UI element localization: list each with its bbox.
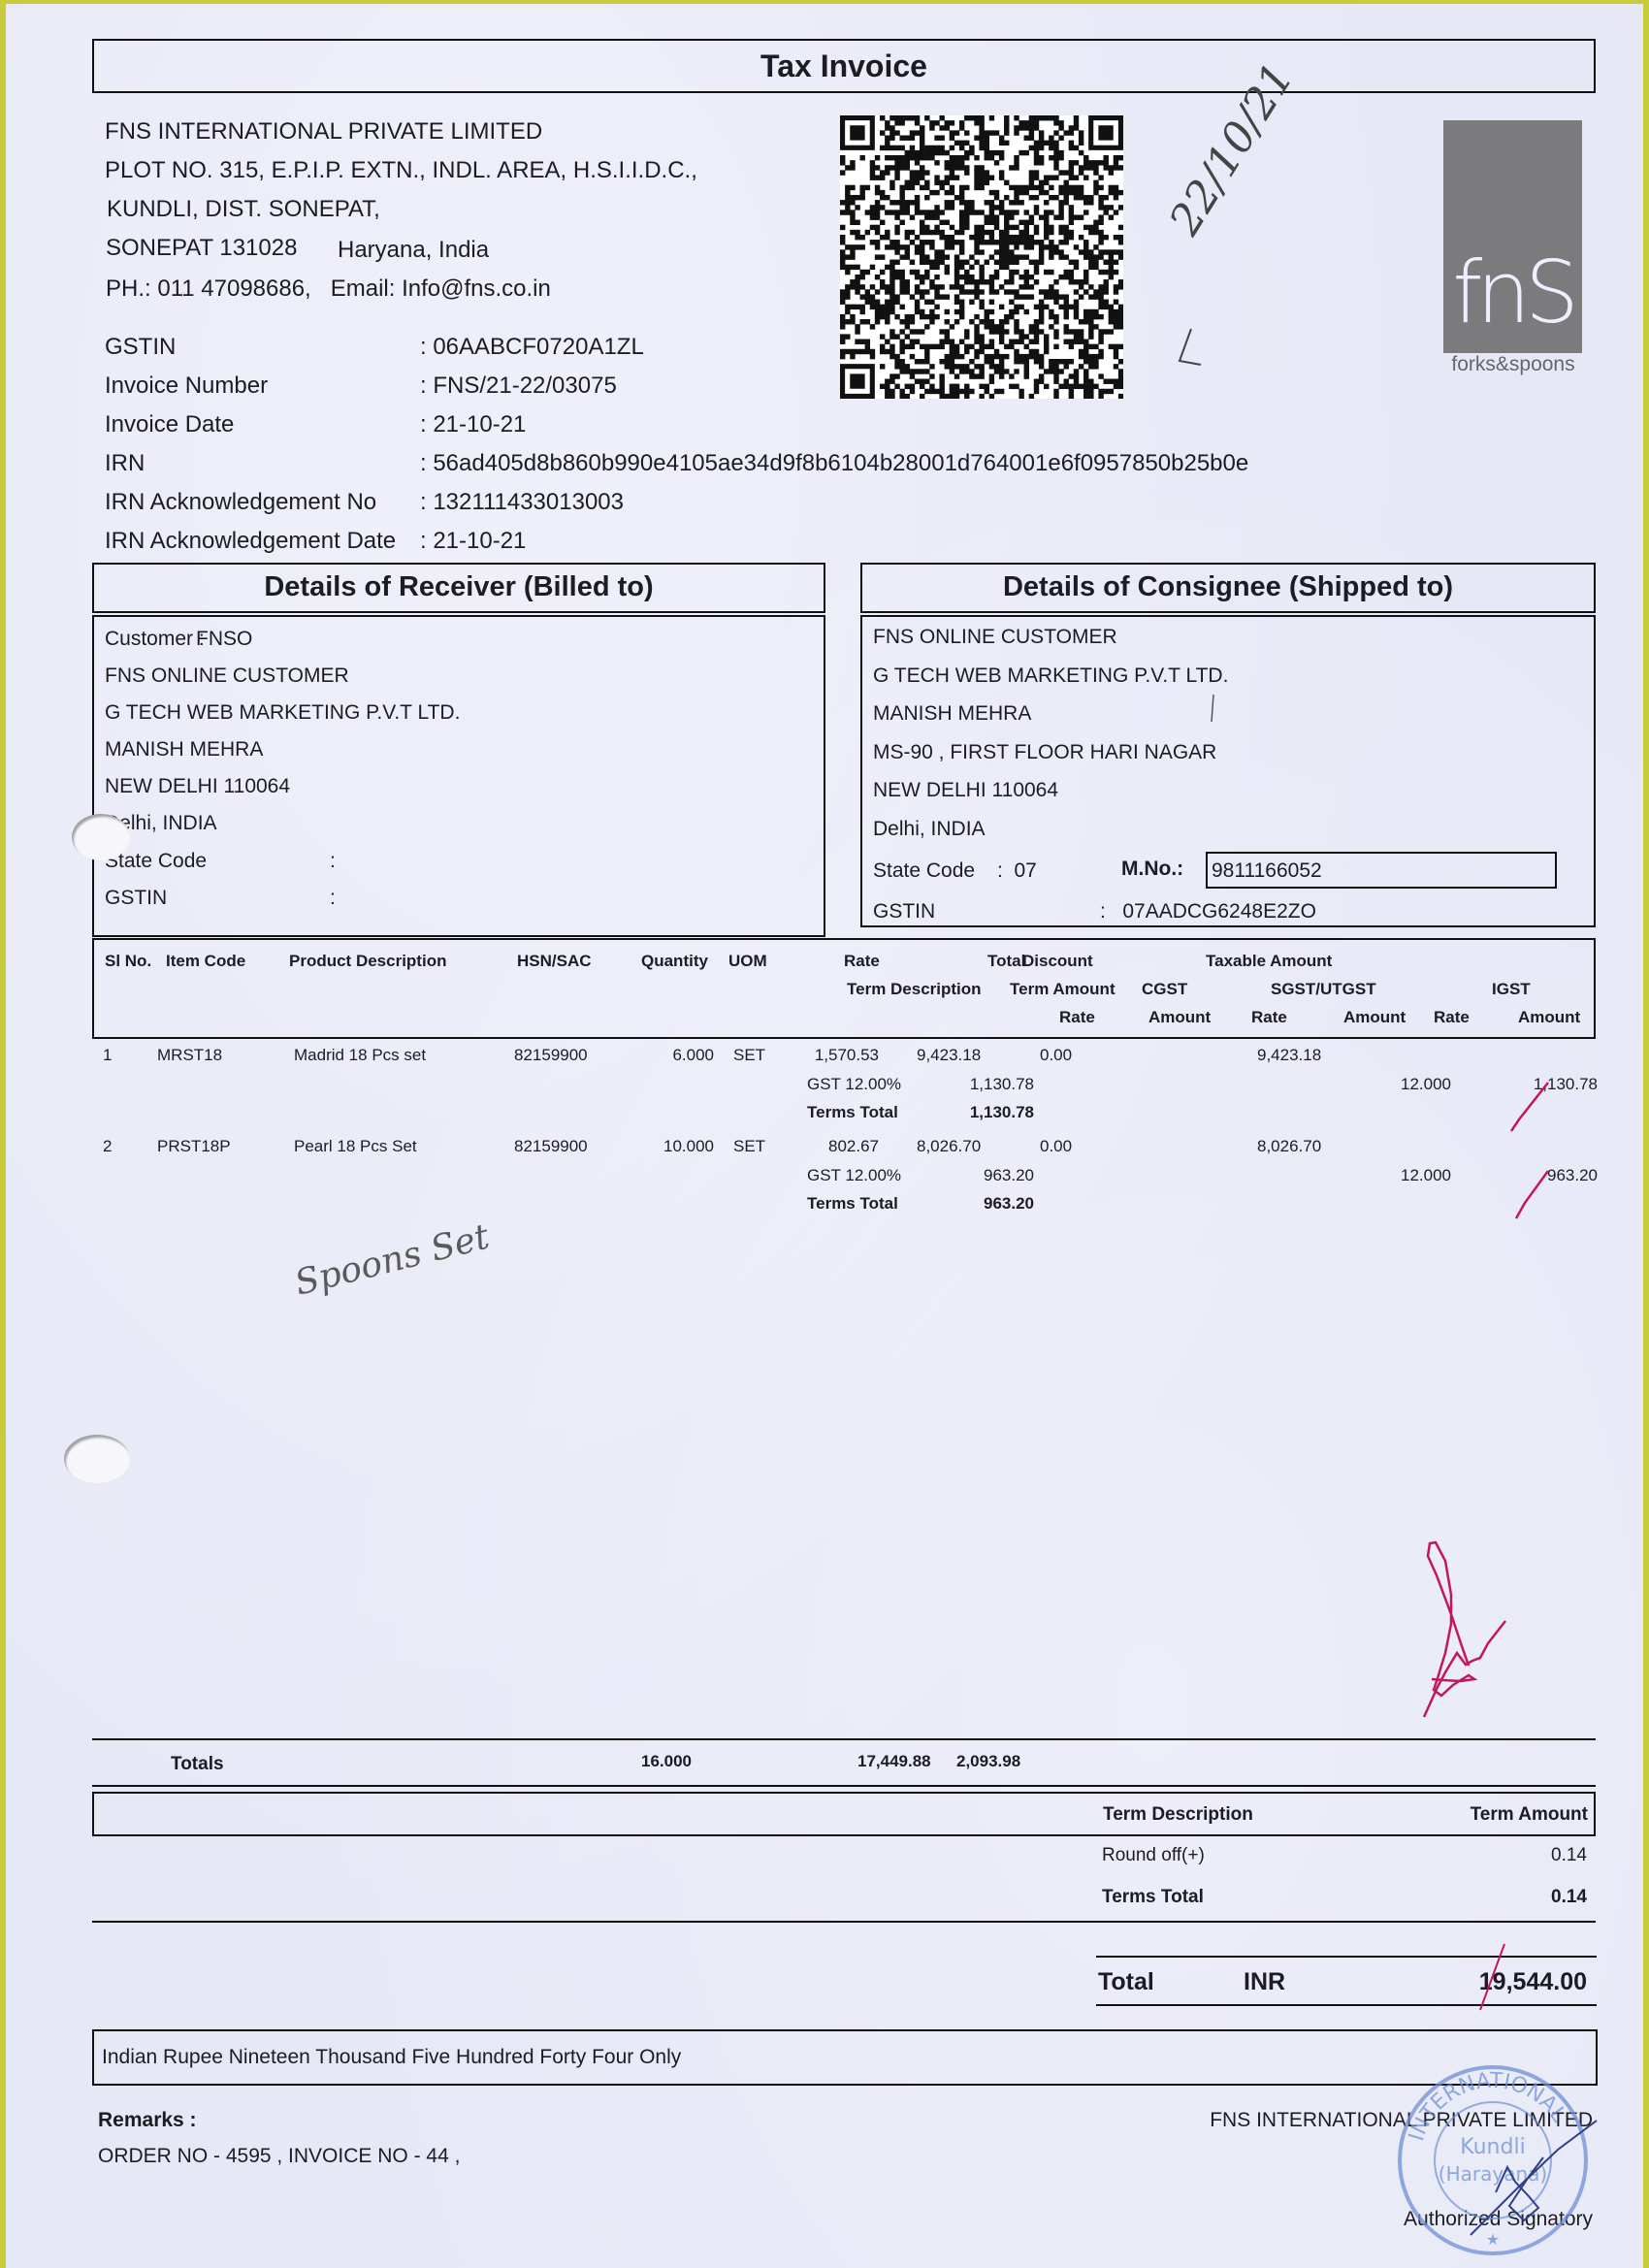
amount-in-words-box: Indian Rupee Nineteen Thousand Five Hund… [92, 2029, 1598, 2086]
stamp-icon: INTERNATIONAL Kundli (Harayana) ★ [1391, 2058, 1595, 2262]
consignee-address-line: FNS ONLINE CUSTOMER [873, 626, 1117, 649]
invoice-meta-label: IRN [105, 450, 145, 477]
consignee-mobile-label: M.No.: [1121, 858, 1183, 881]
grand-total-amount: 19,544.00 [1393, 1968, 1587, 1996]
terms-summary-header-box: Term Description Term Amount [92, 1792, 1596, 1836]
remarks-label: Remarks : [98, 2109, 197, 2132]
logo-mark: fnS [1443, 250, 1582, 336]
invoice-meta-value: : 21-10-21 [420, 411, 526, 438]
consignee-mobile-value: 9811166052 [1212, 859, 1322, 883]
col-sl-no: Sl No. [105, 952, 151, 971]
receiver-address-line: MANISH MEHRA [105, 738, 263, 761]
seller-phone-email: PH.: 011 47098686, Email: Info@fns.co.in [106, 275, 551, 303]
row-terms-total: 1,130.78 [937, 1103, 1034, 1122]
row-igst-amount: 963.20 [1547, 1166, 1598, 1185]
invoice-meta-value: : 06AABCF0720A1ZL [420, 334, 644, 361]
row-discount: 0.00 [1040, 1137, 1072, 1156]
row-rate: 802.67 [801, 1137, 879, 1156]
col-product-description: Product Description [289, 952, 446, 971]
row-total: 8,026.70 [917, 1137, 981, 1156]
col-item-code: Item Code [166, 952, 245, 971]
row-term-description: GST 12.00% [807, 1166, 901, 1185]
row-hsn-sac: 82159900 [514, 1046, 588, 1065]
col-cgst-amount: Amount [1148, 1008, 1211, 1027]
company-logo: fnS [1443, 120, 1582, 353]
receiver-customer-code: FNSO [196, 628, 252, 651]
col-igst-amount: Amount [1518, 1008, 1580, 1027]
punch-hole-top [72, 814, 130, 860]
col-igst: IGST [1492, 980, 1531, 999]
consignee-state-code-label: State Code [873, 859, 975, 883]
svg-text:(Harayana): (Harayana) [1439, 2162, 1547, 2186]
totals-bottom-rule [92, 1785, 1596, 1787]
consignee-heading: Details of Consignee (Shipped to) [862, 565, 1594, 609]
row-term-amount: 963.20 [937, 1166, 1034, 1185]
row-description: Pearl 18 Pcs Set [294, 1137, 417, 1156]
pen-marks-overlay [6, 4, 1643, 2268]
row-quantity: 10.000 [646, 1137, 714, 1156]
row-total: 9,423.18 [917, 1046, 981, 1065]
receiver-heading: Details of Receiver (Billed to) [94, 565, 824, 609]
tick-mark-icon [1516, 1171, 1548, 1218]
totals-label: Totals [171, 1754, 224, 1775]
receiver-details-box: Customer : FNSO FNS ONLINE CUSTOMERG TEC… [92, 615, 825, 937]
row-taxable-amount: 9,423.18 [1257, 1046, 1321, 1065]
grand-total-bottom-rule [1096, 2004, 1597, 2006]
col-discount: Discount [1022, 952, 1093, 971]
receiver-address-line: NEW DELHI 110064 [105, 775, 290, 798]
seller-address-line2: KUNDLI, DIST. SONEPAT, [107, 196, 380, 223]
row-discount: 0.00 [1040, 1046, 1072, 1065]
handwritten-product-note: Spoons Set [291, 1217, 493, 1304]
terms-description-header: Term Description [1103, 1804, 1253, 1826]
col-cgst: CGST [1142, 980, 1187, 999]
row-description: Madrid 18 Pcs set [294, 1046, 426, 1065]
company-stamp: INTERNATIONAL Kundli (Harayana) ★ [1391, 2058, 1595, 2262]
svg-text:Kundli: Kundli [1460, 2135, 1525, 2159]
row-hsn-sac: 82159900 [514, 1137, 588, 1156]
col-sgst-amount: Amount [1343, 1008, 1406, 1027]
receiver-address-line: G TECH WEB MARKETING P.V.T LTD. [105, 701, 460, 725]
row-item-code: PRST18P [157, 1137, 231, 1156]
row-rate: 1,570.53 [801, 1046, 879, 1065]
row-uom: SET [733, 1137, 765, 1156]
page-title: Tax Invoice [94, 41, 1594, 91]
consignee-header-box: Details of Consignee (Shipped to) [860, 563, 1596, 613]
col-sgst-rate: Rate [1251, 1008, 1287, 1027]
invoice-meta-label: IRN Acknowledgement No [105, 489, 376, 516]
consignee-address-line: NEW DELHI 110064 [873, 779, 1058, 802]
row-item-code: MRST18 [157, 1046, 222, 1065]
terms-row-description: Round off(+) [1102, 1845, 1205, 1866]
receiver-gstin-value: : [330, 887, 336, 910]
invoice-meta-label: Invoice Date [105, 411, 234, 438]
col-rate: Rate [844, 952, 880, 971]
terms-amount-header: Term Amount [1471, 1804, 1588, 1826]
totals-total: 17,449.88 [857, 1752, 931, 1771]
remarks-text: ORDER NO - 4595 , INVOICE NO - 44 , [98, 2145, 460, 2168]
totals-quantity: 16.000 [641, 1752, 692, 1771]
grand-total-top-rule [1096, 1956, 1597, 1958]
grand-total-currency: INR [1244, 1968, 1285, 1996]
invoice-meta-value: : FNS/21-22/03075 [420, 373, 617, 400]
row-sl-no: 1 [103, 1046, 112, 1065]
row-igst-amount: 1,130.78 [1534, 1075, 1598, 1094]
col-term-description: Term Description [847, 980, 982, 999]
grand-total-label: Total [1098, 1968, 1154, 1996]
consignee-details-box: FNS ONLINE CUSTOMERG TECH WEB MARKETING … [860, 615, 1596, 927]
col-hsn-sac: HSN/SAC [517, 952, 592, 971]
invoice-meta-label: GSTIN [105, 334, 176, 361]
punch-hole-bottom [64, 1435, 130, 1483]
col-quantity: Quantity [641, 952, 708, 971]
receiver-header-box: Details of Receiver (Billed to) [92, 563, 825, 613]
row-terms-total: 963.20 [937, 1194, 1034, 1214]
items-table-header: Sl No. Item Code Product Description HSN… [92, 938, 1596, 1039]
svg-text:INTERNATIONAL: INTERNATIONAL [1405, 2069, 1571, 2144]
row-sl-no: 2 [103, 1137, 112, 1156]
consignee-address-line: MS-90 , FIRST FLOOR HARI NAGAR [873, 741, 1216, 764]
receiver-state-code-value: : [330, 850, 336, 873]
consignee-state-code-value: : 07 [997, 859, 1037, 883]
terms-summary-total-amount: 0.14 [1471, 1887, 1587, 1908]
consignee-mobile-field: 9811166052 [1206, 852, 1557, 889]
row-quantity: 6.000 [646, 1046, 714, 1065]
svg-text:★: ★ [1486, 2232, 1500, 2249]
totals-top-rule [92, 1738, 1596, 1740]
consignee-address-line: Delhi, INDIA [873, 818, 986, 841]
row-terms-total-label: Terms Total [807, 1194, 898, 1214]
seller-city-pin: SONEPAT 131028 [106, 235, 297, 262]
qr-code-icon [840, 115, 1123, 399]
seller-state-country: Haryana, India [338, 237, 489, 264]
col-term-amount: Term Amount [1010, 980, 1115, 999]
invoice-meta-label: IRN Acknowledgement Date [105, 528, 396, 555]
receiver-gstin-label: GSTIN [105, 887, 167, 910]
consignee-address-line: MANISH MEHRA [873, 702, 1031, 726]
invoice-meta-value: : 21-10-21 [420, 528, 526, 555]
col-uom: UOM [728, 952, 767, 971]
col-cgst-rate: Rate [1059, 1008, 1095, 1027]
row-igst-rate: 12.000 [1393, 1166, 1451, 1185]
row-terms-total-label: Terms Total [807, 1103, 898, 1122]
handwritten-bracket-icon [1180, 329, 1201, 365]
col-igst-rate: Rate [1434, 1008, 1470, 1027]
row-uom: SET [733, 1046, 765, 1065]
totals-tax: 2,093.98 [956, 1752, 1020, 1771]
invoice-meta-label: Invoice Number [105, 373, 268, 400]
row-term-description: GST 12.00% [807, 1075, 901, 1094]
receiver-address-line: FNS ONLINE CUSTOMER [105, 664, 349, 688]
qr-code [840, 115, 1123, 399]
seller-address-line1: PLOT NO. 315, E.P.I.P. EXTN., INDL. AREA… [105, 157, 697, 184]
col-total: Total [987, 952, 1025, 971]
invoice-meta-value: : 56ad405d8b860b990e4105ae34d9f8b6104b28… [420, 450, 1248, 477]
title-box: Tax Invoice [92, 39, 1596, 93]
signature-red-icon [1424, 1542, 1505, 1717]
invoice-meta-value: : 132111433013003 [420, 489, 624, 516]
row-taxable-amount: 8,026.70 [1257, 1137, 1321, 1156]
consignee-address-line: G TECH WEB MARKETING P.V.T LTD. [873, 664, 1228, 688]
consignee-gstin-value: : 07AADCG6248E2ZO [1100, 900, 1316, 923]
row-term-amount: 1,130.78 [937, 1075, 1034, 1094]
receiver-customer-label: Customer : [105, 628, 205, 651]
invoice-page: Tax Invoice FNS INTERNATIONAL PRIVATE LI… [6, 4, 1643, 2268]
col-sgst-utgst: SGST/UTGST [1271, 980, 1376, 999]
terms-row-amount: 0.14 [1471, 1845, 1587, 1866]
terms-summary-bottom-rule [92, 1921, 1596, 1923]
consignee-gstin-label: GSTIN [873, 900, 935, 923]
amount-in-words: Indian Rupee Nineteen Thousand Five Hund… [102, 2046, 681, 2069]
logo-tagline: forks&spoons [1441, 353, 1585, 376]
seller-name: FNS INTERNATIONAL PRIVATE LIMITED [105, 118, 542, 146]
terms-summary-total-label: Terms Total [1102, 1887, 1204, 1908]
row-igst-rate: 12.000 [1393, 1075, 1451, 1094]
col-taxable-amount: Taxable Amount [1206, 952, 1332, 971]
